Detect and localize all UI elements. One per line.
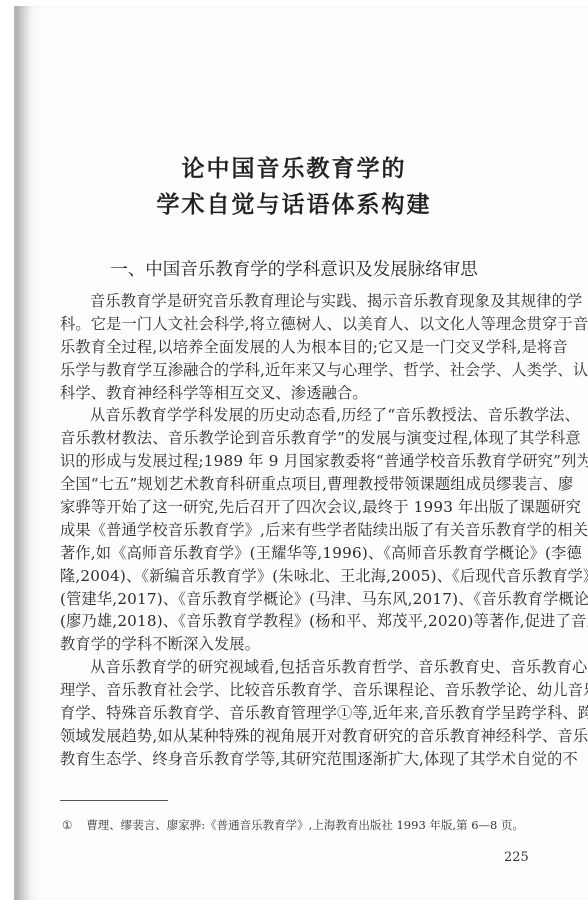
page-number: 225	[504, 850, 529, 865]
text-line: 音乐教材教法、音乐教学论到音乐教育学”的发展与演变过程,体现了其学科意	[60, 427, 538, 450]
text-line: 家骅等开始了这一研究,先后召开了四次会议,最终于 1993 年出版了课题研究	[60, 496, 538, 519]
body-text: 音乐教育学是研究音乐教育理论与实践、揭示音乐教育现象及其规律的学 科。它是一门人…	[60, 290, 538, 771]
text-line: 识的形成与发展过程;1989 年 9 月国家教委将“普通学校音乐教育学研究”列为	[60, 450, 538, 473]
text-line: 科。它是一门人文社会科学,将立德树人、以美育人、以文化人等理念贯穿于音	[60, 313, 538, 336]
article-title-line-1: 论中国音乐教育学的	[0, 150, 588, 183]
footnote-divider	[60, 800, 168, 801]
text-line: 领域发展趋势,如从某种特殊的视角展开对教育研究的音乐教育神经科学、音乐	[60, 725, 538, 748]
section-heading: 一、中国音乐教育学的学科意识及发展脉络审思	[0, 256, 588, 281]
text-line: 从音乐教育学的研究视域看,包括音乐教育哲学、音乐教育史、音乐教育心	[60, 656, 538, 679]
text-line: 隆,2004)、《新编音乐教育学》(朱咏北、王北海,2005)、《后现代音乐教育…	[60, 565, 538, 588]
text-line: 育学、特殊音乐教育学、音乐教育管理学①等,近年来,音乐教育学呈跨学科、跨	[60, 702, 538, 725]
text-line: 乐教育全过程,以培养全面发展的人为根本目的;它又是一门交叉学科,是将音	[60, 336, 538, 359]
footnote-text: 曹理、缪裴言、廖家骅:《普通音乐教育学》,上海教育出版社 1993 年版,第 6…	[86, 818, 524, 832]
text-line: 著作,如《高师音乐教育学》(王耀华等,1996)、《高师音乐教育学概论》(李德	[60, 542, 538, 565]
text-line: (管建华,2017)、《音乐教育学概论》(马津、马东风,2017)、《音乐教育学…	[60, 588, 538, 611]
text-line: 从音乐教育学学科发展的历史动态看,历经了“音乐教授法、音乐教学法、	[60, 404, 538, 427]
text-line: 成果《普通学校音乐教育学》,后来有些学者陆续出版了有关音乐教育学的相关	[60, 519, 538, 542]
text-line: 理学、音乐教育社会学、比较音乐教育学、音乐课程论、音乐教学论、幼儿音乐教	[60, 679, 538, 702]
text-line: 全国“七五”规划艺术教育科研重点项目,曹理教授带领课题组成员缪裴言、廖	[60, 473, 538, 496]
text-line: 教育学的学科不断深入发展。	[60, 633, 538, 656]
text-line: 乐学与教育学互渗融合的学科,近年来又与心理学、哲学、社会学、人类学、认知	[60, 359, 538, 382]
footnote-marker: ①	[62, 818, 72, 832]
article-title-line-2: 学术自觉与话语体系构建	[0, 186, 588, 219]
text-line: 教育生态学、终身音乐教育学等,其研究范围逐渐扩大,体现了其学术自觉的不	[60, 748, 538, 771]
footnote: ①曹理、缪裴言、廖家骅:《普通音乐教育学》,上海教育出版社 1993 年版,第 …	[62, 817, 524, 833]
text-line: (廖乃雄,2018)、《音乐教育学教程》(杨和平、郑茂平,2020)等著作,促进…	[60, 610, 538, 633]
text-line: 音乐教育学是研究音乐教育理论与实践、揭示音乐教育现象及其规律的学	[60, 290, 538, 313]
text-line: 科学、教育神经科学等相互交叉、渗透融合。	[60, 382, 538, 405]
